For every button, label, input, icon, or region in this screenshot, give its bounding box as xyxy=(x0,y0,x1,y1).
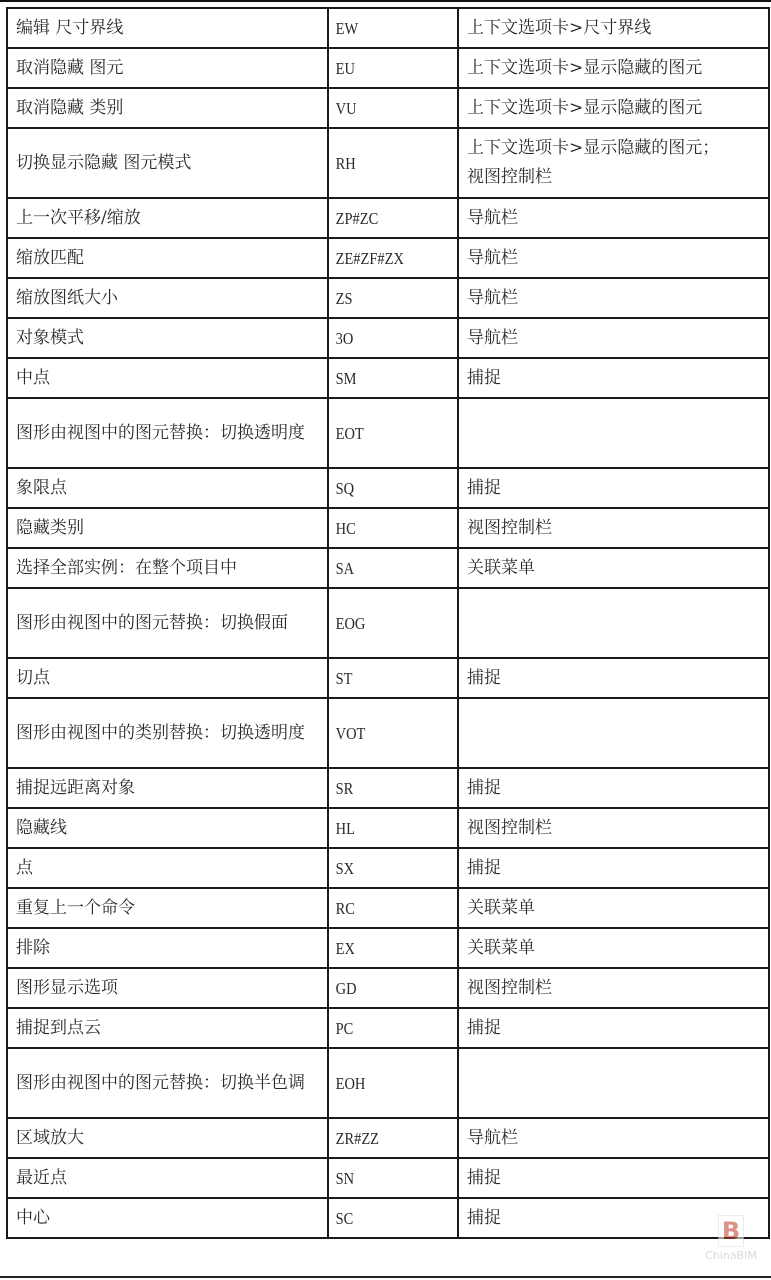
shortcut-key-cell: ST xyxy=(328,658,439,698)
table-row: 最近点SN捕捉 xyxy=(7,1158,769,1198)
shortcut-key-cell: EW xyxy=(328,8,439,48)
command-name-cell: 图形由视图中的图元替换：切换假面 xyxy=(7,588,328,658)
ui-location-cell: 捕捉 xyxy=(458,1008,769,1048)
command-name-cell: 中点 xyxy=(7,358,328,398)
table-row: 点SX捕捉 xyxy=(7,848,769,888)
command-name-cell: 上一次平移/缩放 xyxy=(7,198,328,238)
table-row: 象限点SQ捕捉 xyxy=(7,468,769,508)
ui-location-cell xyxy=(458,398,769,468)
table-row: 隐藏类别HC视图控制栏 xyxy=(7,508,769,548)
shortcut-key-cell: EOT xyxy=(328,398,439,468)
ui-location-cell: 关联菜单 xyxy=(458,548,769,588)
table-row: 图形由视图中的图元替换：切换半色调EOH xyxy=(7,1048,769,1118)
ui-location-cell: 视图控制栏 xyxy=(458,968,769,1008)
shortcut-key-cell: SM xyxy=(328,358,439,398)
table-row: 切换显示隐藏 图元模式RH上下文选项卡>显示隐藏的图元； 视图控制栏 xyxy=(7,128,769,198)
shortcut-key-cell: RH xyxy=(328,128,439,198)
ui-location-cell: 捕捉 xyxy=(458,768,769,808)
shortcut-table-body: 编辑 尺寸界线EW上下文选项卡>尺寸界线取消隐藏 图元EU上下文选项卡>显示隐藏… xyxy=(7,8,769,1238)
ui-location-cell: 关联菜单 xyxy=(458,888,769,928)
table-row: 排除EX关联菜单 xyxy=(7,928,769,968)
shortcut-key-cell: 3O xyxy=(328,318,439,358)
shortcut-key-cell: GD xyxy=(328,968,439,1008)
shortcut-key-cell: EOG xyxy=(328,588,439,658)
shortcut-key-cell: SA xyxy=(328,548,439,588)
command-name-cell: 编辑 尺寸界线 xyxy=(7,8,328,48)
command-name-cell: 切换显示隐藏 图元模式 xyxy=(7,128,328,198)
ui-location-cell: 上下文选项卡>显示隐藏的图元 xyxy=(458,48,769,88)
ui-location-cell: 上下文选项卡>显示隐藏的图元； 视图控制栏 xyxy=(458,128,769,198)
command-name-cell: 隐藏类别 xyxy=(7,508,328,548)
ui-location-cell: 关联菜单 xyxy=(458,928,769,968)
table-row: 图形由视图中的类别替换：切换透明度VOT xyxy=(7,698,769,768)
ui-location-cell: 捕捉 xyxy=(458,1158,769,1198)
ui-location-cell: 捕捉 xyxy=(458,658,769,698)
ui-location-cell: 上下文选项卡>显示隐藏的图元 xyxy=(458,88,769,128)
command-name-cell: 缩放图纸大小 xyxy=(7,278,328,318)
shortcut-key-cell: ZP#ZC xyxy=(328,198,439,238)
table-row: 捕捉远距离对象SR捕捉 xyxy=(7,768,769,808)
table-row: 图形由视图中的图元替换：切换透明度EOT xyxy=(7,398,769,468)
ui-location-cell: 导航栏 xyxy=(458,1118,769,1158)
command-name-cell: 捕捉远距离对象 xyxy=(7,768,328,808)
table-row: 区域放大ZR#ZZ导航栏 xyxy=(7,1118,769,1158)
table-row: 缩放图纸大小ZS导航栏 xyxy=(7,278,769,318)
command-name-cell: 取消隐藏 类别 xyxy=(7,88,328,128)
shortcut-key-cell: SX xyxy=(328,848,439,888)
command-name-cell: 取消隐藏 图元 xyxy=(7,48,328,88)
command-name-cell: 切点 xyxy=(7,658,328,698)
chinabim-watermark: B ChinaBIM xyxy=(696,1215,766,1277)
shortcut-key-cell: VOT xyxy=(328,698,439,768)
table-row: 取消隐藏 类别VU上下文选项卡>显示隐藏的图元 xyxy=(7,88,769,128)
page-bottom-border xyxy=(0,1276,771,1278)
shortcut-key-cell: SC xyxy=(328,1198,439,1238)
command-name-cell: 缩放匹配 xyxy=(7,238,328,278)
command-name-cell: 中心 xyxy=(7,1198,328,1238)
shortcut-key-cell: PC xyxy=(328,1008,439,1048)
command-name-cell: 重复上一个命令 xyxy=(7,888,328,928)
ui-location-cell: 视图控制栏 xyxy=(458,808,769,848)
command-name-cell: 最近点 xyxy=(7,1158,328,1198)
shortcut-key-cell: EOH xyxy=(328,1048,439,1118)
table-row: 对象模式3O导航栏 xyxy=(7,318,769,358)
ui-location-cell: 导航栏 xyxy=(458,198,769,238)
ui-location-cell: 导航栏 xyxy=(458,278,769,318)
command-name-cell: 图形由视图中的图元替换：切换透明度 xyxy=(7,398,328,468)
shortcut-key-cell: RC xyxy=(328,888,439,928)
ui-location-cell xyxy=(458,588,769,658)
ui-location-cell: 导航栏 xyxy=(458,318,769,358)
shortcut-key-cell: ZS xyxy=(328,278,439,318)
table-row: 隐藏线HL视图控制栏 xyxy=(7,808,769,848)
shortcut-key-cell: HC xyxy=(328,508,439,548)
command-name-cell: 隐藏线 xyxy=(7,808,328,848)
ui-location-cell: 导航栏 xyxy=(458,238,769,278)
command-name-cell: 选择全部实例：在整个项目中 xyxy=(7,548,328,588)
command-name-cell: 象限点 xyxy=(7,468,328,508)
table-row: 中心SC捕捉 xyxy=(7,1198,769,1238)
ui-location-cell: 上下文选项卡>尺寸界线 xyxy=(458,8,769,48)
shortcut-key-cell: ZR#ZZ xyxy=(328,1118,439,1158)
shortcut-key-cell: HL xyxy=(328,808,439,848)
shortcut-key-cell: SR xyxy=(328,768,439,808)
command-name-cell: 捕捉到点云 xyxy=(7,1008,328,1048)
ui-location-cell: 捕捉 xyxy=(458,848,769,888)
chinabim-logo-icon: B xyxy=(718,1215,744,1247)
table-row: 捕捉到点云PC捕捉 xyxy=(7,1008,769,1048)
page-top-border xyxy=(0,0,771,2)
table-row: 切点ST捕捉 xyxy=(7,658,769,698)
ui-location-cell: 视图控制栏 xyxy=(458,508,769,548)
command-name-cell: 图形显示选项 xyxy=(7,968,328,1008)
command-name-cell: 图形由视图中的类别替换：切换透明度 xyxy=(7,698,328,768)
shortcut-key-cell: ZE#ZF#ZX xyxy=(328,238,439,278)
shortcut-key-cell: EU xyxy=(328,48,439,88)
command-name-cell: 排除 xyxy=(7,928,328,968)
shortcut-table: 编辑 尺寸界线EW上下文选项卡>尺寸界线取消隐藏 图元EU上下文选项卡>显示隐藏… xyxy=(6,7,770,1239)
command-name-cell: 图形由视图中的图元替换：切换半色调 xyxy=(7,1048,328,1118)
table-row: 选择全部实例：在整个项目中SA关联菜单 xyxy=(7,548,769,588)
table-row: 中点SM捕捉 xyxy=(7,358,769,398)
ui-location-cell: 捕捉 xyxy=(458,358,769,398)
ui-location-cell: 捕捉 xyxy=(458,468,769,508)
watermark-text: ChinaBIM xyxy=(696,1249,766,1262)
table-row: 取消隐藏 图元EU上下文选项卡>显示隐藏的图元 xyxy=(7,48,769,88)
shortcut-key-cell: VU xyxy=(328,88,439,128)
table-row: 上一次平移/缩放ZP#ZC导航栏 xyxy=(7,198,769,238)
ui-location-cell xyxy=(458,698,769,768)
table-row: 图形由视图中的图元替换：切换假面EOG xyxy=(7,588,769,658)
shortcut-key-cell: EX xyxy=(328,928,439,968)
shortcut-key-cell: SN xyxy=(328,1158,439,1198)
table-row: 重复上一个命令RC关联菜单 xyxy=(7,888,769,928)
shortcut-key-cell: SQ xyxy=(328,468,439,508)
command-name-cell: 对象模式 xyxy=(7,318,328,358)
command-name-cell: 点 xyxy=(7,848,328,888)
table-row: 图形显示选项GD视图控制栏 xyxy=(7,968,769,1008)
command-name-cell: 区域放大 xyxy=(7,1118,328,1158)
table-row: 编辑 尺寸界线EW上下文选项卡>尺寸界线 xyxy=(7,8,769,48)
ui-location-cell xyxy=(458,1048,769,1118)
table-row: 缩放匹配ZE#ZF#ZX导航栏 xyxy=(7,238,769,278)
